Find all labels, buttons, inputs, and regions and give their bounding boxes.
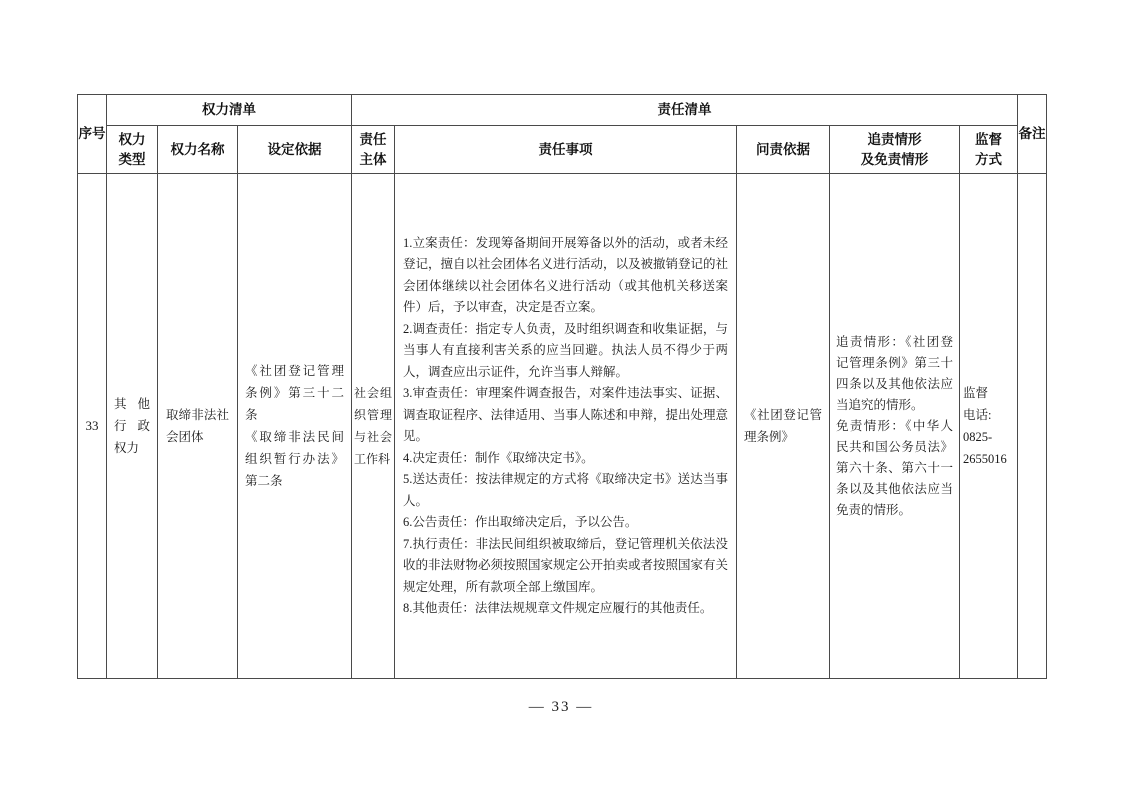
page-number: — 33 —: [0, 699, 1122, 716]
cell-accountability-basis: 《社团登记管理条例》: [737, 174, 830, 679]
header-group-power-label: 权力清单: [202, 102, 256, 117]
header-group-responsibility-list: 责任清单: [352, 95, 1018, 126]
duty-item: 3.审查责任：审理案件调查报告，对案件违法事实、证据、调查取证程序、法律适用、当…: [403, 383, 728, 448]
cell-power-type: 其他行政权力: [107, 174, 158, 679]
power-responsibility-table: 序号 权力清单 责任清单 备注 权力 类型 权力名称 设定依据 责任 主体 责任…: [77, 94, 1047, 679]
duty-item: 6.公告责任：作出取缔决定后，予以公告。: [403, 512, 728, 534]
setting-basis-item: 《社团登记管理条例》第三十二条: [245, 360, 344, 426]
cell-serial-number: 33: [78, 174, 107, 679]
duty-item: 7.执行责任：非法民间组织被取缔后，登记管理机关依法没收的非法财物必须按照国家规…: [403, 534, 728, 599]
cell-supervision-method: 监督 电话: 0825- 2655016: [960, 174, 1018, 679]
header-pursuit-exemption-label: 追责情形 及免责情形: [830, 130, 959, 170]
header-setting-basis-label: 设定依据: [268, 142, 322, 157]
cell-setting-basis: 《社团登记管理条例》第三十二条 《取缔非法民间组织暂行办法》第二条: [238, 174, 352, 679]
header-remark-label: 备注: [1018, 124, 1046, 144]
cell-pursuit-exemption: 追责情形：《社团登记管理条例》第三十四条以及其他依法应当追究的情形。 免责情形：…: [830, 174, 960, 679]
duty-item: 2.调查责任：指定专人负责，及时组织调查和收集证据，与当事人有直接利害关系的应当…: [403, 319, 728, 384]
cell-responsible-body: 社会组织管理与社会工作科: [352, 174, 395, 679]
header-sub-row: 权力 类型 权力名称 设定依据 责任 主体 责任事项 问责依据 追责情形 及免责…: [78, 126, 1047, 174]
header-power-type: 权力 类型: [107, 126, 158, 174]
header-serial-label: 序号: [78, 124, 106, 144]
header-remark: 备注: [1018, 95, 1047, 174]
duty-item: 8.其他责任：法律法规规章文件规定应履行的其他责任。: [403, 598, 728, 620]
duty-item: 4.决定责任：制作《取缔决定书》。: [403, 448, 728, 470]
header-supervision-label: 监督 方式: [960, 130, 1017, 170]
header-pursuit-exemption: 追责情形 及免责情形: [830, 126, 960, 174]
header-responsible-body: 责任 主体: [352, 126, 395, 174]
header-duty-items: 责任事项: [395, 126, 737, 174]
setting-basis-item: 《取缔非法民间组织暂行办法》第二条: [245, 426, 344, 492]
duty-item: 5.送达责任：按法律规定的方式将《取缔决定书》送达当事人。: [403, 469, 728, 512]
cell-remark: [1018, 174, 1047, 679]
header-serial: 序号: [78, 95, 107, 174]
cell-duty-items: 1.立案责任：发现筹备期间开展筹备以外的活动，或者未经登记，擅自以社会团体名义进…: [395, 174, 737, 679]
header-group-row: 序号 权力清单 责任清单 备注: [78, 95, 1047, 126]
header-power-name: 权力名称: [158, 126, 238, 174]
exemption-paragraph: 免责情形：《中华人民共和国公务员法》第六十条、第六十一条以及其他依法应当免责的情…: [836, 416, 953, 521]
header-duty-items-label: 责任事项: [539, 142, 593, 157]
header-power-type-label: 权力 类型: [107, 130, 157, 170]
header-accountability-basis-label: 问责依据: [756, 142, 810, 157]
cell-power-name: 取缔非法社会团体: [158, 174, 238, 679]
header-responsible-body-label: 责任 主体: [352, 130, 394, 170]
duty-item: 1.立案责任：发现筹备期间开展筹备以外的活动，或者未经登记，擅自以社会团体名义进…: [403, 233, 728, 319]
table-row: 33 其他行政权力 取缔非法社会团体 《社团登记管理条例》第三十二条 《取缔非法…: [78, 174, 1047, 679]
header-setting-basis: 设定依据: [238, 126, 352, 174]
header-power-name-label: 权力名称: [171, 142, 225, 157]
header-accountability-basis: 问责依据: [737, 126, 830, 174]
header-group-responsibility-label: 责任清单: [658, 102, 712, 117]
header-supervision: 监督 方式: [960, 126, 1018, 174]
pursuit-paragraph: 追责情形：《社团登记管理条例》第三十四条以及其他依法应当追究的情形。: [836, 332, 953, 416]
header-group-power-list: 权力清单: [107, 95, 352, 126]
